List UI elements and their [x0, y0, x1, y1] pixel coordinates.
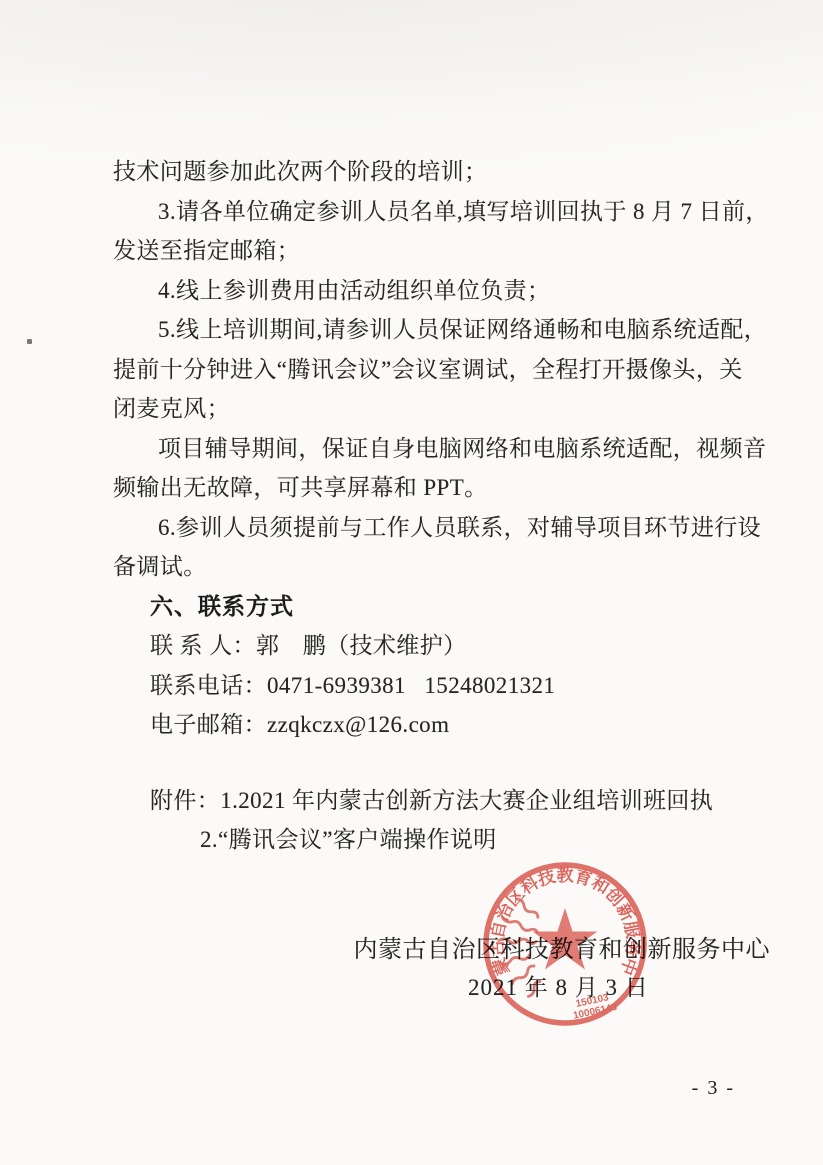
- seal-star-icon: [533, 908, 598, 970]
- attachments-block: 附件：1.2021 年内蒙古创新方法大赛企业组培训班回执 2.“腾讯会议”客户端…: [113, 781, 745, 860]
- document-body: 技术问题参加此次两个阶段的培训； 3.请各单位确定参训人员名单,填写培训回执于 …: [113, 152, 745, 860]
- contact-email-line: 电子邮箱：zzqkczx@126.com: [113, 705, 745, 745]
- contact-phone-line: 联系电话：0471-6939381 15248021321: [113, 666, 745, 706]
- body-line: 备调试。: [113, 547, 745, 587]
- section-heading-contact: 六、联系方式: [113, 587, 745, 627]
- body-line: 技术问题参加此次两个阶段的培训；: [113, 152, 745, 192]
- body-line: 提前十分钟进入“腾讯会议”会议室调试，全程打开摄像头，关: [113, 350, 745, 390]
- body-line: 闭麦克风；: [113, 389, 745, 429]
- scan-speck: [27, 339, 32, 344]
- official-seal: 内蒙古自治区科技教育和创新服务中心 150103 10006143: [479, 858, 651, 1030]
- document-page: 技术问题参加此次两个阶段的培训； 3.请各单位确定参训人员名单,填写培训回执于 …: [0, 0, 823, 1165]
- attachment-line: 2.“腾讯会议”客户端操作说明: [113, 820, 745, 860]
- body-line: 4.线上参训费用由活动组织单位负责；: [113, 271, 745, 311]
- body-line: 频输出无故障，可共享屏幕和 PPT。: [113, 468, 745, 508]
- attachment-line: 附件：1.2021 年内蒙古创新方法大赛企业组培训班回执: [113, 781, 745, 821]
- body-line: 3.请各单位确定参训人员名单,填写培训回执于 8 月 7 日前，: [113, 192, 745, 232]
- body-line: 发送至指定邮箱；: [113, 231, 745, 271]
- body-line: 项目辅导期间，保证自身电脑网络和电脑系统适配，视频音: [113, 429, 745, 469]
- page-number: - 3 -: [692, 1077, 735, 1100]
- contact-person-line: 联 系 人：郭 鹏（技术维护）: [113, 626, 745, 666]
- body-line: 6.参训人员须提前与工作人员联系，对辅导项目环节进行设: [113, 508, 745, 548]
- body-line: 5.线上培训期间,请参训人员保证网络通畅和电脑系统适配，: [113, 310, 745, 350]
- seal-code: 150103 10006143: [570, 991, 619, 1022]
